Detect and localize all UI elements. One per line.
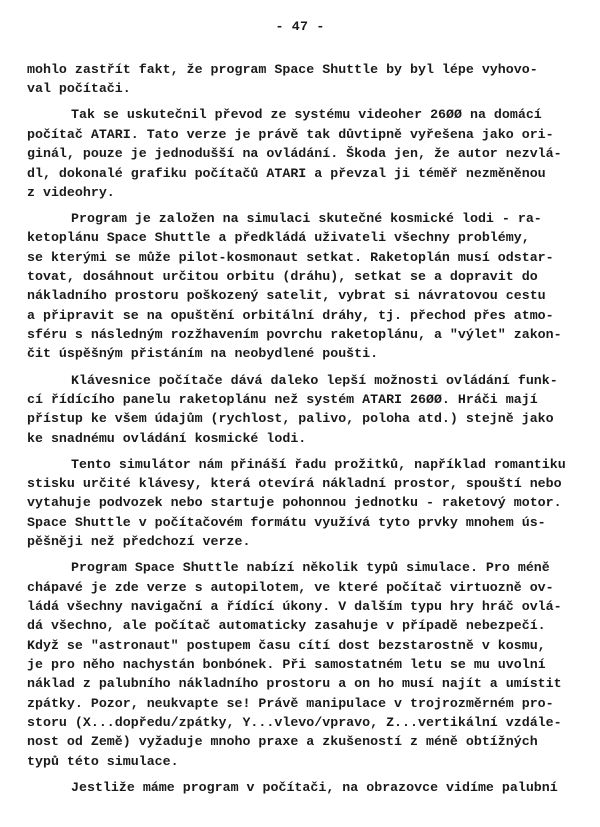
text-line: Tak se uskutečnil převod ze systému vide…: [27, 105, 567, 124]
text-line: dl, dokonalé grafiku počítačů ATARI a př…: [27, 164, 567, 183]
text-line: stisku určité klávesy, která otevírá nák…: [27, 474, 567, 493]
text-line: val počítači.: [27, 79, 567, 98]
text-line: a připravit se na opuštění orbitální drá…: [27, 306, 567, 325]
paragraph: Jestliže máme program v počítači, na obr…: [27, 778, 567, 797]
text-line: dá všechno, ale počítač automaticky zasa…: [27, 616, 567, 635]
text-line: přístup ke všem údajům (rychlost, palivo…: [27, 409, 567, 428]
paragraph: mohlo zastřít fakt, že program Space Shu…: [27, 60, 567, 99]
text-line: z videohry.: [27, 183, 567, 202]
text-line: počítač ATARI. Tato verze je právě tak d…: [27, 125, 567, 144]
text-line: se kterými se může pilot-kosmonaut setka…: [27, 248, 567, 267]
text-line: zpátky. Pozor, neukvapte se! Právě manip…: [27, 694, 567, 713]
text-line: čit úspěšným přistáním na neobydlené pou…: [27, 344, 567, 363]
text-line: Program je založen na simulaci skutečné …: [27, 209, 567, 228]
text-line: chápavé je zde verze s autopilotem, ve k…: [27, 578, 567, 597]
text-line: náklad z palubního nákladního prostoru a…: [27, 674, 567, 693]
text-line: Tento simulátor nám přináší řadu prožitk…: [27, 455, 567, 474]
text-line: ketoplánu Space Shuttle a předkládá uživ…: [27, 228, 567, 247]
text-line: nost od Země) vyžaduje mnoho praxe a zku…: [27, 732, 567, 751]
text-line: Program Space Shuttle nabízí několik typ…: [27, 558, 567, 577]
text-line: ginál, pouze je jednodušší na ovládání. …: [27, 144, 567, 163]
text-line: je pro něho nachystán bonbónek. Při samo…: [27, 655, 567, 674]
text-line: Space Shuttle v počítačovém formátu využ…: [27, 513, 567, 532]
paragraph: Tak se uskutečnil převod ze systému vide…: [27, 105, 567, 202]
paragraph: Program je založen na simulaci skutečné …: [27, 209, 567, 364]
paragraph: Program Space Shuttle nabízí několik typ…: [27, 558, 567, 771]
text-line: typů této simulace.: [27, 752, 567, 771]
page-number: - 47 -: [0, 17, 600, 36]
text-line: nákladního prostoru poškozený satelit, v…: [27, 286, 567, 305]
paragraph: Klávesnice počítače dává daleko lepší mo…: [27, 371, 567, 448]
document-body: mohlo zastřít fakt, že program Space Shu…: [27, 60, 567, 804]
text-line: vytahuje podvozek nebo startuje pohonnou…: [27, 493, 567, 512]
text-line: ládá všechny navigační a řídící úkony. V…: [27, 597, 567, 616]
text-line: ke snadnému ovládání kosmické lodi.: [27, 429, 567, 448]
text-line: Klávesnice počítače dává daleko lepší mo…: [27, 371, 567, 390]
text-line: Když se "astronaut" postupem času cítí d…: [27, 636, 567, 655]
text-line: sféru s následným rozžhavením povrchu ra…: [27, 325, 567, 344]
text-line: Jestliže máme program v počítači, na obr…: [27, 778, 567, 797]
text-line: storu (X...dopředu/zpátky, Y...vlevo/vpr…: [27, 713, 567, 732]
text-line: pěšněji než předchozí verze.: [27, 532, 567, 551]
paragraph: Tento simulátor nám přináší řadu prožitk…: [27, 455, 567, 552]
text-line: tovat, dosáhnout určitou orbitu (dráhu),…: [27, 267, 567, 286]
text-line: cí řídícího panelu raketoplánu než systé…: [27, 390, 567, 409]
text-line: mohlo zastřít fakt, že program Space Shu…: [27, 60, 567, 79]
